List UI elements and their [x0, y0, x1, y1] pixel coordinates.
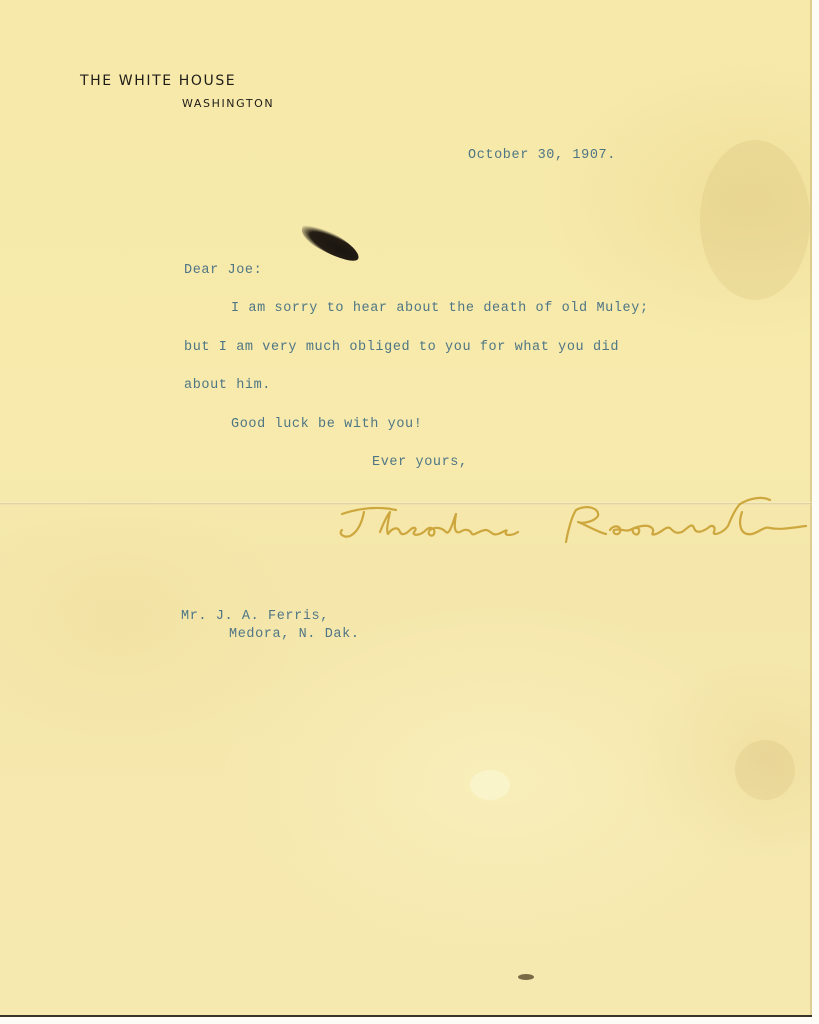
body-line: Good luck be with you!: [231, 417, 422, 432]
handwritten-signature: [330, 492, 810, 552]
letterhead-title: THE WHITE HOUSE: [80, 73, 236, 89]
letter-date: October 30, 1907.: [468, 148, 616, 163]
paper-mark: [518, 974, 534, 980]
letter-paper: THE WHITE HOUSE WASHINGTON October 30, 1…: [0, 0, 812, 1017]
recipient-name: Mr. J. A. Ferris,: [181, 609, 329, 624]
paper-spot: [470, 770, 510, 800]
paper-stain: [700, 140, 810, 300]
paper-stain: [735, 740, 795, 800]
recipient-location: Medora, N. Dak.: [229, 627, 360, 642]
ink-blot: [297, 219, 363, 267]
body-line: about him.: [184, 378, 271, 393]
letterhead-city: WASHINGTON: [182, 97, 274, 110]
body-line: but I am very much obliged to you for wh…: [184, 340, 619, 355]
body-line: I am sorry to hear about the death of ol…: [231, 301, 649, 316]
document-scan: THE WHITE HOUSE WASHINGTON October 30, 1…: [0, 0, 819, 1024]
closing: Ever yours,: [372, 455, 468, 470]
salutation: Dear Joe:: [184, 263, 262, 278]
